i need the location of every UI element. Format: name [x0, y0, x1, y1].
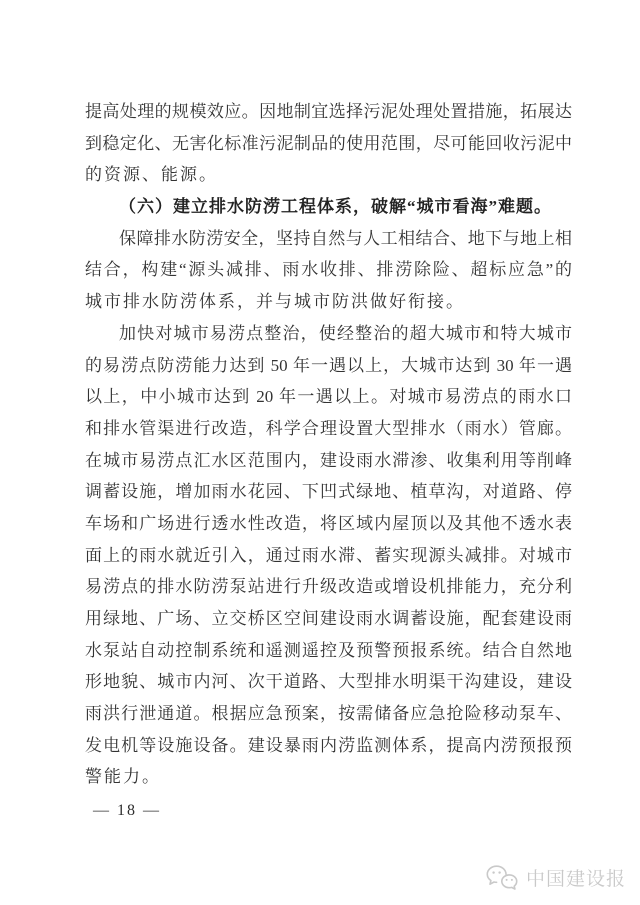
text-line: 形地貌、城市内河、次干道路、大型排水明渠干沟建设，建设	[85, 666, 572, 698]
text-line: 面上的雨水就近引入，通过雨水滞、蓄实现源头减排。对城市	[85, 540, 572, 572]
text-line: 结合，构建“源头减排、雨水收排、排涝除险、超标应急”的	[85, 254, 572, 286]
body-text: 提高处理的规模效应。因地制宜选择污泥处理处置措施，拓展达 到稳定化、无害化标准污…	[85, 96, 572, 793]
page-number: — 18 —	[93, 802, 161, 820]
text-line: 以上，中小城市达到 20 年一遇以上。对城市易涝点的雨水口	[85, 381, 572, 413]
text-line: 的易涝点防涝能力达到 50 年一遇以上，大城市达到 30 年一遇	[85, 350, 572, 382]
text-line: 的资源、能源。	[85, 159, 572, 191]
text-line: 提高处理的规模效应。因地制宜选择污泥处理处置措施，拓展达	[85, 96, 572, 128]
section-heading: （六）建立排水防涝工程体系，破解“城市看海”难题。	[85, 191, 572, 223]
text-line: 加快对城市易涝点整治，使经整治的超大城市和特大城市	[85, 318, 572, 350]
document-page: 提高处理的规模效应。因地制宜选择污泥处理处置措施，拓展达 到稳定化、无害化标准污…	[0, 0, 640, 905]
text-line: 到稳定化、无害化标准污泥制品的使用范围，尽可能回收污泥中	[85, 128, 572, 160]
text-line: 和排水管渠进行改造，科学合理设置大型排水（雨水）管廊。	[85, 413, 572, 445]
text-line: 雨洪行泄通道。根据应急预案，按需储备应急抢险移动泵车、	[85, 698, 572, 730]
watermark-text: 中国建设报	[526, 864, 626, 891]
text-line: 发电机等设施设备。建设暴雨内涝监测体系，提高内涝预报预	[85, 730, 572, 762]
text-line: 用绿地、广场、立交桥区空间建设雨水调蓄设施，配套建设雨	[85, 603, 572, 635]
text-line: 车场和广场进行透水性改造，将区域内屋顶以及其他不透水表	[85, 508, 572, 540]
text-line: 水泵站自动控制系统和遥测遥控及预警预报系统。结合自然地	[85, 635, 572, 667]
text-line: 警能力。	[85, 761, 572, 793]
watermark: 中国建设报	[485, 860, 626, 894]
text-line: 在城市易涝点汇水区范围内，建设雨水滞渗、收集利用等削峰	[85, 445, 572, 477]
text-line: 调蓄设施，增加雨水花园、下凹式绿地、植草沟，对道路、停	[85, 476, 572, 508]
text-line: 保障排水防涝安全，坚持自然与人工相结合、地下与地上相	[85, 223, 572, 255]
text-line: 城市排水防涝体系，并与城市防洪做好衔接。	[85, 286, 572, 318]
wechat-icon	[485, 863, 519, 891]
text-line: 易涝点的排水防涝泵站进行升级改造或增设机排能力，充分利	[85, 571, 572, 603]
